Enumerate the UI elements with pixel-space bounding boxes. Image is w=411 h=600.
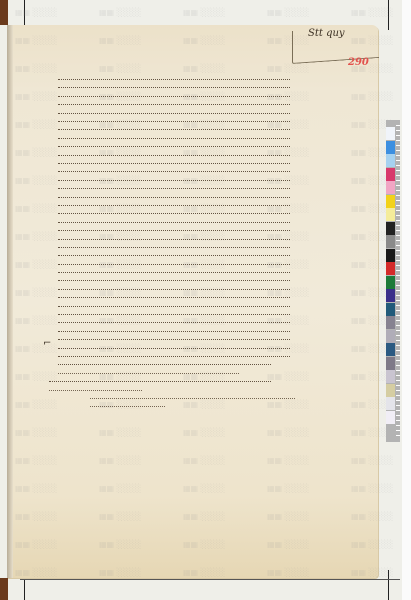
text-line xyxy=(58,240,290,248)
marginal-mark: ⌐ xyxy=(43,338,51,349)
watermark: ▦▦ ░░░░ xyxy=(15,428,57,437)
text-line xyxy=(58,106,290,114)
watermark: ▦▦ ░░░░ xyxy=(15,512,57,521)
color-patch xyxy=(386,249,395,262)
text-line xyxy=(58,131,290,139)
watermark: ▦▦ ░░░░ xyxy=(351,540,393,549)
watermark: ▦▦ ░░░░ xyxy=(267,8,309,17)
watermark: ▦▦ ░░░░ xyxy=(351,512,393,521)
color-patch xyxy=(386,262,395,275)
text-line xyxy=(58,89,290,97)
watermark: ▦▦ ░░░░ xyxy=(183,428,225,437)
text-line xyxy=(58,122,290,130)
text-line xyxy=(58,324,290,332)
watermark: ▦▦ ░░░░ xyxy=(99,8,141,17)
watermark: ▦▦ ░░░░ xyxy=(267,428,309,437)
text-line xyxy=(58,273,290,281)
watermark: ▦▦ ░░░░ xyxy=(183,400,225,409)
color-patch xyxy=(386,168,395,181)
text-line xyxy=(58,307,290,315)
color-patch xyxy=(386,181,395,194)
text-line xyxy=(58,198,290,206)
header-annotation: Stt quy xyxy=(308,28,345,39)
folio-number: 290 xyxy=(348,57,369,68)
color-patch xyxy=(386,289,395,302)
watermark: ▦▦ ░░░░ xyxy=(15,232,57,241)
binding-edge-bottom xyxy=(0,578,8,600)
text-line xyxy=(58,357,271,365)
watermark: ▦▦ ░░░░ xyxy=(267,456,309,465)
text-line xyxy=(49,374,272,382)
text-line xyxy=(58,257,290,265)
watermark: ▦▦ ░░░░ xyxy=(183,512,225,521)
text-line xyxy=(90,391,294,399)
color-patch xyxy=(386,330,395,343)
text-line xyxy=(58,72,290,80)
color-patch xyxy=(386,303,395,316)
color-patch xyxy=(386,343,395,356)
watermark: ▦▦ ░░░░ xyxy=(15,316,57,325)
page-gutter xyxy=(7,25,13,578)
watermark: ▦▦ ░░░░ xyxy=(99,484,141,493)
watermark: ▦▦ ░░░░ xyxy=(15,540,57,549)
text-line xyxy=(58,215,290,223)
crop-line xyxy=(20,579,400,580)
binding-edge-top xyxy=(0,0,8,25)
text-line xyxy=(58,189,290,197)
color-patch xyxy=(386,357,395,370)
watermark: ▦▦ ░░░░ xyxy=(267,512,309,521)
watermark: ▦▦ ░░░░ xyxy=(183,540,225,549)
watermark: ▦▦ ░░░░ xyxy=(15,120,57,129)
color-patch xyxy=(386,370,395,383)
text-line xyxy=(58,290,290,298)
text-line xyxy=(58,349,290,357)
color-patch xyxy=(386,411,395,424)
text-line xyxy=(58,139,290,147)
watermark: ▦▦ ░░░░ xyxy=(15,260,57,269)
color-patch xyxy=(386,141,395,154)
watermark: ▦▦ ░░░░ xyxy=(15,204,57,213)
scale-ruler-ticks xyxy=(396,125,400,437)
text-line xyxy=(58,206,290,214)
watermark: ▦▦ ░░░░ xyxy=(267,540,309,549)
watermark: ▦▦ ░░░░ xyxy=(267,400,309,409)
watermark: ▦▦ ░░░░ xyxy=(183,8,225,17)
watermark: ▦▦ ░░░░ xyxy=(15,92,57,101)
watermark: ▦▦ ░░░░ xyxy=(15,36,57,45)
watermark: ▦▦ ░░░░ xyxy=(351,568,393,577)
text-line xyxy=(58,164,290,172)
watermark: ▦▦ ░░░░ xyxy=(99,36,141,45)
watermark: ▦▦ ░░░░ xyxy=(351,92,393,101)
crop-mark xyxy=(24,578,25,600)
color-patch xyxy=(386,276,395,289)
text-line xyxy=(58,265,290,273)
manuscript-text-block xyxy=(58,72,290,368)
text-line xyxy=(58,148,290,156)
watermark: ▦▦ ░░░░ xyxy=(15,8,57,17)
watermark: ▦▦ ░░░░ xyxy=(15,400,57,409)
watermark: ▦▦ ░░░░ xyxy=(15,176,57,185)
text-line xyxy=(49,382,142,390)
text-line xyxy=(58,248,290,256)
watermark: ▦▦ ░░░░ xyxy=(267,372,309,381)
watermark: ▦▦ ░░░░ xyxy=(183,484,225,493)
watermark: ▦▦ ░░░░ xyxy=(99,428,141,437)
color-patch xyxy=(386,316,395,329)
text-line xyxy=(90,399,164,407)
watermark: ▦▦ ░░░░ xyxy=(351,8,393,17)
watermark: ▦▦ ░░░░ xyxy=(99,540,141,549)
watermark: ▦▦ ░░░░ xyxy=(15,568,57,577)
watermark: ▦▦ ░░░░ xyxy=(99,512,141,521)
text-line xyxy=(58,231,290,239)
watermark: ▦▦ ░░░░ xyxy=(183,456,225,465)
watermark: ▦▦ ░░░░ xyxy=(267,568,309,577)
watermark: ▦▦ ░░░░ xyxy=(99,456,141,465)
text-line xyxy=(58,114,290,122)
watermark: ▦▦ ░░░░ xyxy=(183,36,225,45)
text-line xyxy=(58,341,290,349)
text-line xyxy=(58,315,290,323)
text-line xyxy=(58,173,290,181)
text-line xyxy=(58,156,290,164)
text-line xyxy=(58,181,290,189)
color-patch xyxy=(386,222,395,235)
watermark: ▦▦ ░░░░ xyxy=(267,484,309,493)
text-line xyxy=(58,97,290,105)
color-patch xyxy=(386,384,395,397)
color-patch xyxy=(386,208,395,221)
color-patch xyxy=(386,154,395,167)
text-line xyxy=(58,299,290,307)
watermark: ▦▦ ░░░░ xyxy=(99,568,141,577)
right-margin-strip xyxy=(402,0,411,600)
watermark: ▦▦ ░░░░ xyxy=(15,484,57,493)
watermark: ▦▦ ░░░░ xyxy=(15,288,57,297)
text-line xyxy=(58,282,290,290)
watermark: ▦▦ ░░░░ xyxy=(15,148,57,157)
text-line xyxy=(58,366,239,374)
text-line xyxy=(58,332,290,340)
color-patch xyxy=(386,195,395,208)
watermark: ▦▦ ░░░░ xyxy=(351,484,393,493)
watermark: ▦▦ ░░░░ xyxy=(183,568,225,577)
watermark: ▦▦ ░░░░ xyxy=(15,64,57,73)
watermark: ▦▦ ░░░░ xyxy=(15,456,57,465)
color-patch xyxy=(386,397,395,410)
text-line xyxy=(58,223,290,231)
color-patch xyxy=(386,235,395,248)
color-patch xyxy=(386,127,395,140)
text-line xyxy=(58,80,290,88)
watermark: ▦▦ ░░░░ xyxy=(351,456,393,465)
